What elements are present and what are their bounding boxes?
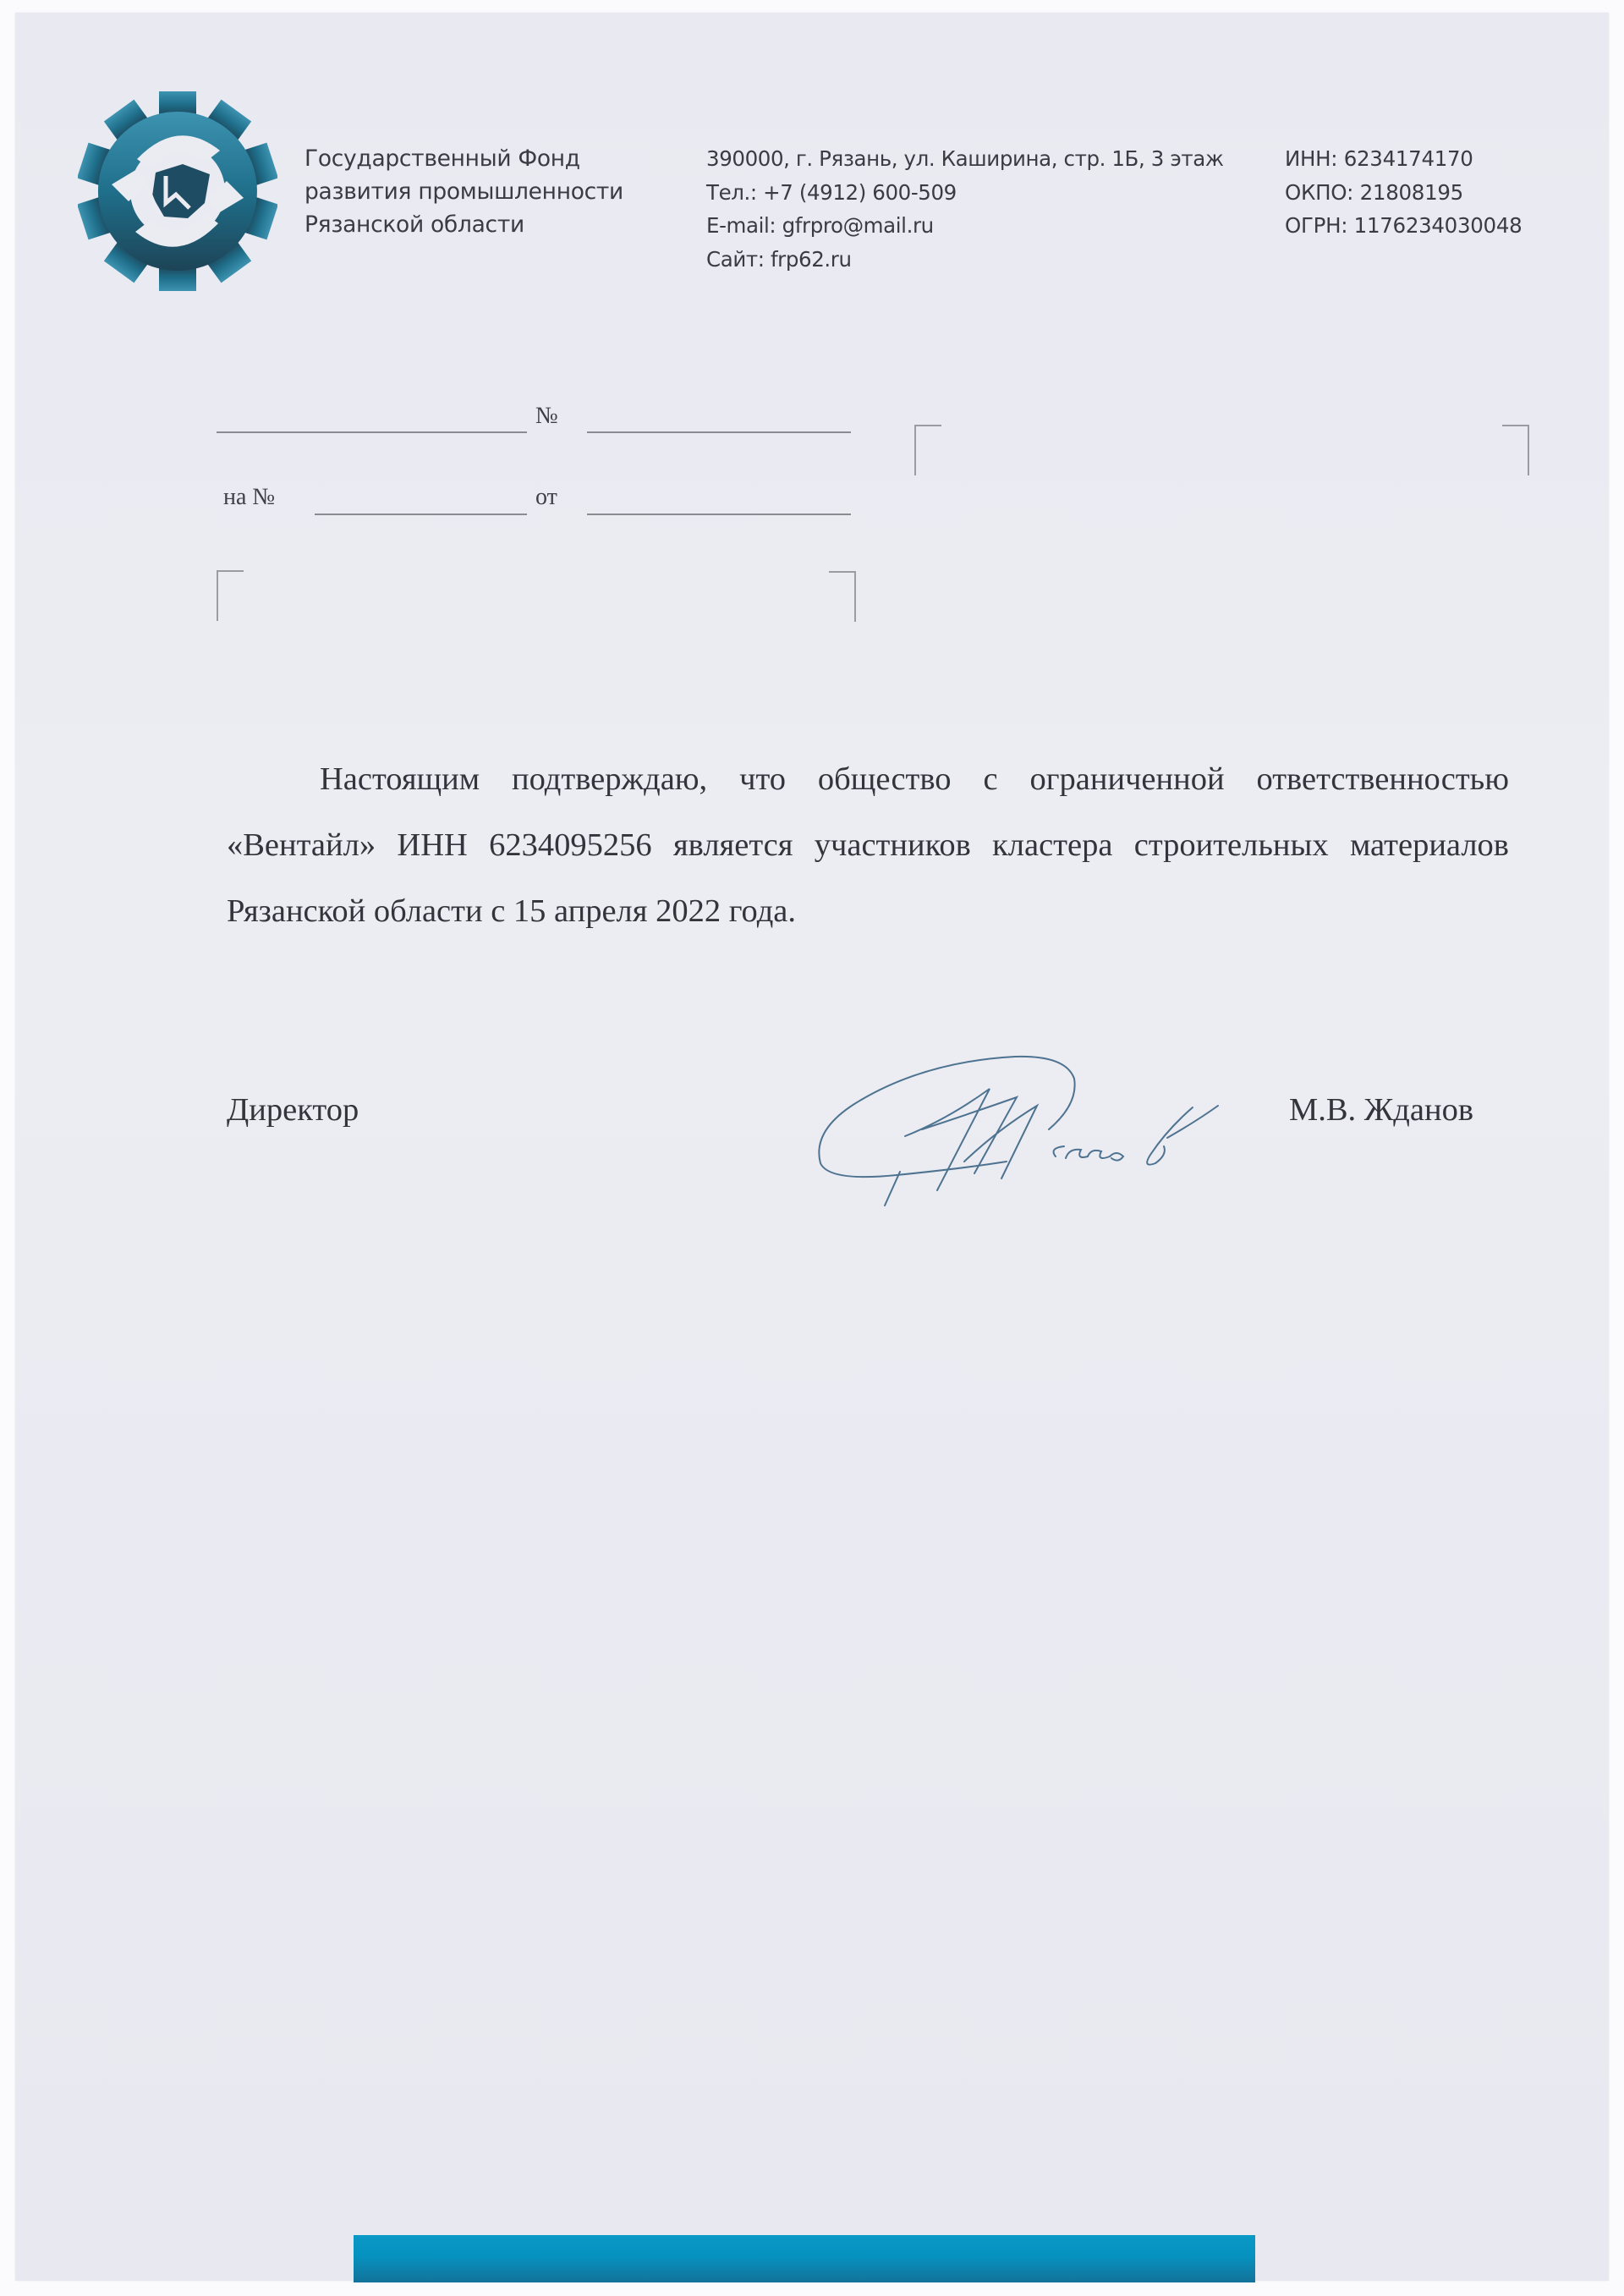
contact-block: 390000, г. Рязань, ул. Каширина, стр. 1Б…	[706, 142, 1224, 276]
reply-number-field-line	[315, 514, 527, 515]
org-name-line: развития промышленности	[304, 175, 623, 208]
requisites-block: ИНН: 6234174170 ОКПО: 21808195 ОГРН: 117…	[1285, 142, 1522, 243]
address-frame-corner-left	[914, 425, 941, 475]
signature-icon	[795, 1036, 1235, 1214]
number-label: №	[535, 403, 558, 430]
signer-name: М.В. Жданов	[1289, 1091, 1473, 1129]
body-paragraph: Настоящим подтверждаю, что общество с ог…	[227, 746, 1509, 944]
signer-title: Директор	[227, 1091, 359, 1129]
org-name-line: Рязанской области	[304, 208, 623, 241]
inn: ИНН: 6234174170	[1285, 142, 1522, 176]
reply-to-label: на №	[223, 484, 275, 511]
okpo: ОКПО: 21808195	[1285, 176, 1522, 210]
from-label: от	[535, 484, 557, 511]
address-frame-corner-right	[1502, 425, 1529, 475]
address: 390000, г. Рязань, ул. Каширина, стр. 1Б…	[706, 142, 1224, 176]
email: E-mail: gfrpro@mail.ru	[706, 209, 1224, 243]
number-field-line	[587, 431, 851, 433]
ogrn: ОГРН: 1176234030048	[1285, 209, 1522, 243]
gear-handshake-icon	[78, 91, 277, 291]
letter-body: Настоящим подтверждаю, что общество с ог…	[227, 746, 1509, 944]
date-field-line	[217, 431, 527, 433]
reply-date-field-line	[587, 514, 851, 515]
frame-corner-top-left	[217, 570, 244, 621]
org-name-line: Государственный Фонд	[304, 142, 623, 175]
website: Сайт: frp62.ru	[706, 243, 1224, 277]
footer-brand-bar	[354, 2235, 1255, 2282]
organization-name: Государственный Фонд развития промышленн…	[304, 142, 623, 241]
frame-corner-top-right	[829, 571, 856, 622]
phone: Тел.: +7 (4912) 600-509	[706, 176, 1224, 210]
